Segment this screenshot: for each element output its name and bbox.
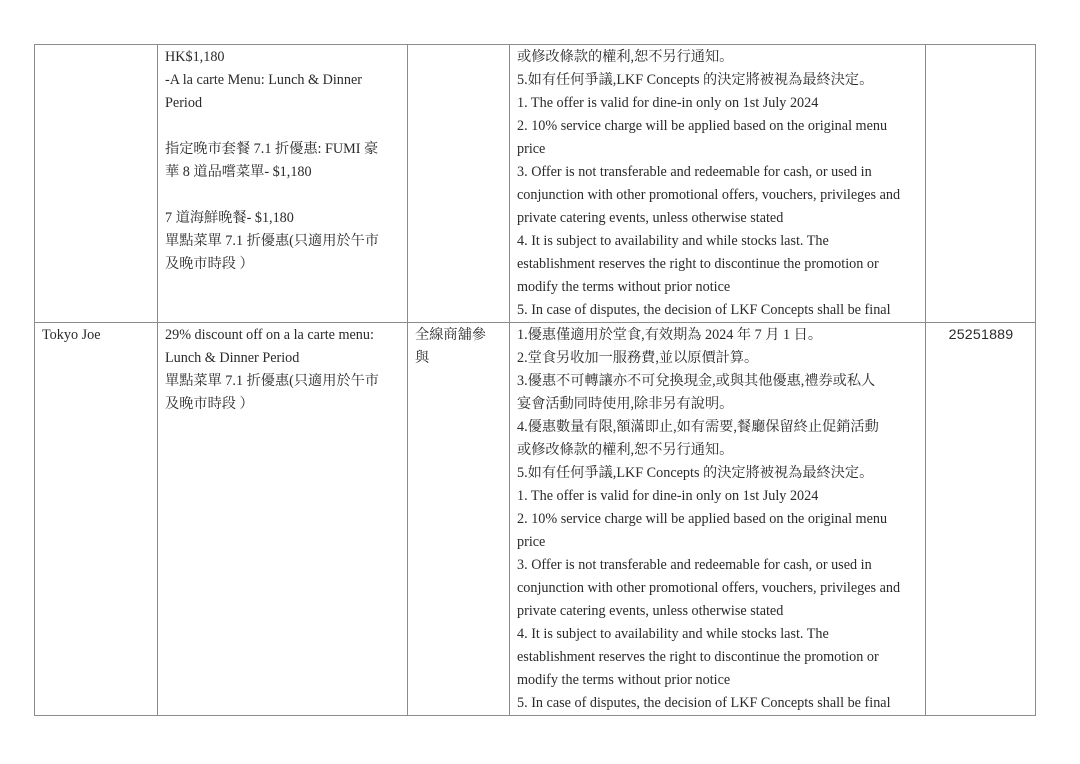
terms-line: 4. It is subject to availability and whi… (517, 623, 919, 646)
terms-line: establishment reserves the right to disc… (517, 646, 919, 669)
blank-line (165, 115, 401, 138)
offer-cell: 29% discount off on a la carte menu: Lun… (158, 323, 408, 716)
terms-line: establishment reserves the right to disc… (517, 253, 919, 276)
terms-line: 宴會活動同時使用,除非另有說明。 (517, 393, 919, 416)
terms-line: price (517, 138, 919, 161)
restaurant-name-cell (35, 45, 158, 323)
offer-line: 指定晚市套餐 7.1 折優惠: FUMI 豪 (165, 138, 401, 161)
restaurant-name-cell: Tokyo Joe (35, 323, 158, 716)
terms-line: 5.如有任何爭議,LKF Concepts 的決定將被視為最終決定。 (517, 69, 919, 92)
terms-line: 2.堂食另收加一服務費,並以原價計算。 (517, 347, 919, 370)
terms-line: price (517, 531, 919, 554)
terms-line: 4. It is subject to availability and whi… (517, 230, 919, 253)
offers-table: HK$1,180 -A la carte Menu: Lunch & Dinne… (34, 44, 1036, 716)
terms-line: 或修改條款的權利,恕不另行通知。 (517, 46, 919, 69)
offer-line: 及晚市時段 ） (165, 253, 401, 276)
terms-line: 1. The offer is valid for dine-in only o… (517, 92, 919, 115)
terms-line: 2. 10% service charge will be applied ba… (517, 115, 919, 138)
phone-cell: 25251889 (926, 323, 1036, 716)
terms-line: 1.優惠僅適用於堂食,有效期為 2024 年 7 月 1 日。 (517, 324, 919, 347)
terms-line: 3. Offer is not transferable and redeema… (517, 554, 919, 577)
terms-line: 3. Offer is not transferable and redeema… (517, 161, 919, 184)
table-row-tokyo-joe: Tokyo Joe 29% discount off on a la carte… (35, 323, 1036, 716)
offer-line: 29% discount off on a la carte menu: (165, 324, 401, 347)
terms-line: modify the terms without prior notice (517, 669, 919, 692)
restaurant-name: Tokyo Joe (42, 324, 151, 347)
offer-line: HK$1,180 (165, 46, 401, 69)
terms-line: 5. In case of disputes, the decision of … (517, 299, 919, 322)
terms-line: 或修改條款的權利,恕不另行通知。 (517, 439, 919, 462)
phone-cell (926, 45, 1036, 323)
terms-line: 4.優惠數量有限,額滿即止,如有需要,餐廳保留終止促銷活動 (517, 416, 919, 439)
offer-line: 單點菜單 7.1 折優惠(只適用於午市 (165, 370, 401, 393)
offer-line: 華 8 道品嚐菜單- $1,180 (165, 161, 401, 184)
offer-line: -A la carte Menu: Lunch & Dinner (165, 69, 401, 92)
participating-stores-line: 與 (415, 347, 503, 370)
offer-line: 7 道海鮮晚餐- $1,180 (165, 207, 401, 230)
terms-line: 5.如有任何爭議,LKF Concepts 的決定將被視為最終決定。 (517, 462, 919, 485)
participating-stores-cell: 全線商舖參 與 (408, 323, 510, 716)
terms-line: modify the terms without prior notice (517, 276, 919, 299)
terms-line: conjunction with other promotional offer… (517, 184, 919, 207)
offer-line: Period (165, 92, 401, 115)
offer-line: Lunch & Dinner Period (165, 347, 401, 370)
offer-cell: HK$1,180 -A la carte Menu: Lunch & Dinne… (158, 45, 408, 323)
terms-line: 1. The offer is valid for dine-in only o… (517, 485, 919, 508)
blank-line (165, 184, 401, 207)
terms-cell: 或修改條款的權利,恕不另行通知。 5.如有任何爭議,LKF Concepts 的… (510, 45, 926, 323)
terms-line: conjunction with other promotional offer… (517, 577, 919, 600)
terms-line: private catering events, unless otherwis… (517, 600, 919, 623)
terms-cell: 1.優惠僅適用於堂食,有效期為 2024 年 7 月 1 日。 2.堂食另收加一… (510, 323, 926, 716)
terms-line: private catering events, unless otherwis… (517, 207, 919, 230)
terms-line: 2. 10% service charge will be applied ba… (517, 508, 919, 531)
participating-stores-line: 全線商舖參 (415, 324, 503, 347)
phone-number: 25251889 (933, 324, 1029, 347)
participating-stores-cell (408, 45, 510, 323)
offer-line: 單點菜單 7.1 折優惠(只適用於午市 (165, 230, 401, 253)
offer-line: 及晚市時段 ） (165, 393, 401, 416)
terms-line: 3.優惠不可轉讓亦不可兌換現金,或與其他優惠,禮券或私人 (517, 370, 919, 393)
terms-line: 5. In case of disputes, the decision of … (517, 692, 919, 715)
table-row-continued: HK$1,180 -A la carte Menu: Lunch & Dinne… (35, 45, 1036, 323)
